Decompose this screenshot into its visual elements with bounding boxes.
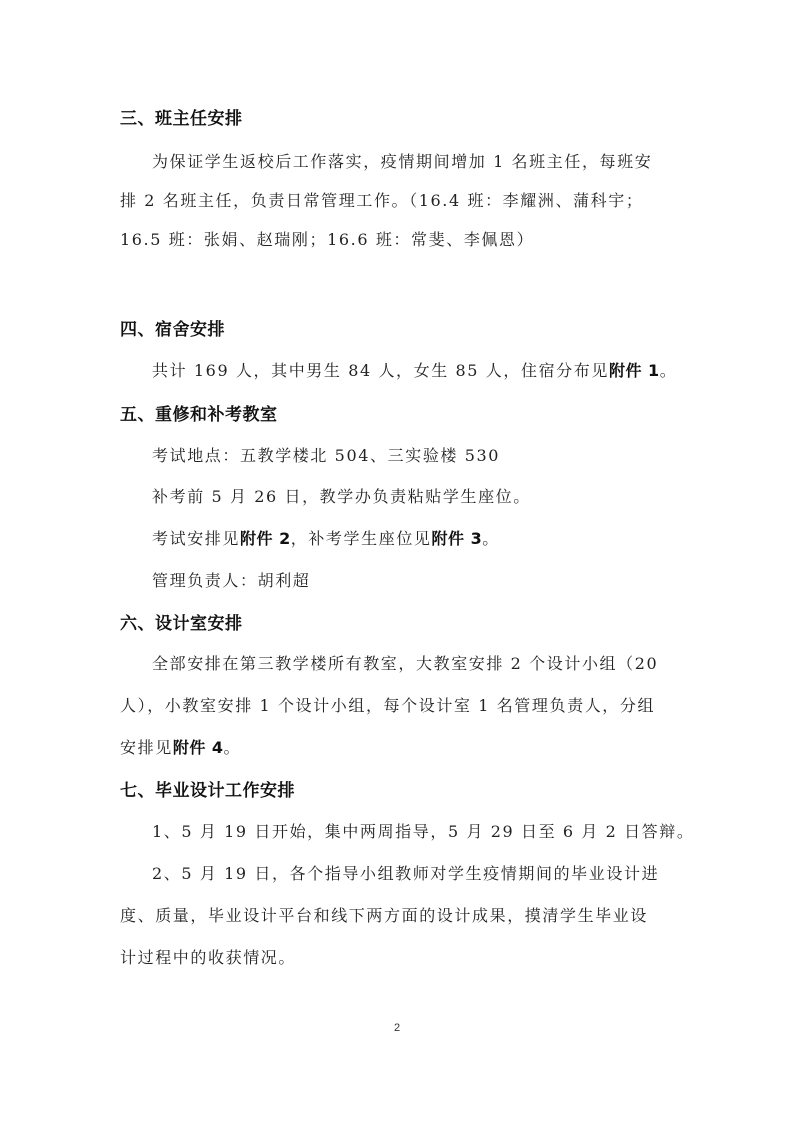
section-heading-design-rooms: 六、设计室安排 — [120, 609, 243, 634]
paragraph-line: 为保证学生返校后工作落实，疫情期间增加 1 名班主任，每班安 — [152, 149, 652, 172]
list-item: 2、5 月 19 日，各个指导小组教师对学生疫情期间的毕业设计进 — [152, 861, 659, 884]
text: 。 — [660, 361, 678, 380]
exam-arrangement: 考试安排见附件 2，补考学生座位见附件 3。 — [152, 526, 500, 549]
attachment-ref: 附件 4 — [173, 738, 224, 757]
paragraph-line: 全部安排在第三教学楼所有教室，大教室安排 2 个设计小组（20 — [152, 651, 658, 674]
paragraph-line: 排 2 名班主任，负责日常管理工作。（16.4 班：李耀洲、蒲科宇； — [120, 188, 643, 211]
section-heading-dormitory: 四、宿舍安排 — [120, 315, 225, 340]
attachment-ref: 附件 2 — [240, 529, 291, 548]
attachment-ref: 附件 3 — [432, 529, 483, 548]
text: 。 — [482, 529, 500, 548]
document-page: 三、班主任安排 为保证学生返校后工作落实，疫情期间增加 1 名班主任，每班安 排… — [0, 0, 793, 1122]
page-number: 2 — [394, 1022, 400, 1034]
list-item: 1、5 月 19 日开始，集中两周指导，5 月 29 日至 6 月 2 日答辩。 — [152, 819, 694, 842]
section-heading-head-teachers: 三、班主任安排 — [120, 104, 243, 129]
manager-line: 管理负责人：胡利超 — [152, 568, 310, 591]
paragraph-line: 安排见附件 4。 — [120, 735, 241, 758]
text: 安排见 — [120, 738, 173, 757]
dormitory-summary: 共计 169 人，其中男生 84 人，女生 85 人，住宿分布见附件 1。 — [152, 358, 677, 381]
seating-note: 补考前 5 月 26 日，教学办负责粘贴学生座位。 — [152, 484, 531, 507]
text: 。 — [224, 738, 242, 757]
exam-location: 考试地点：五教学楼北 504、三实验楼 530 — [152, 443, 500, 466]
paragraph-line: 计过程中的收获情况。 — [120, 945, 296, 968]
text: ，补考学生座位见 — [291, 529, 432, 548]
text: 共计 169 人，其中男生 84 人，女生 85 人，住宿分布见 — [152, 361, 609, 380]
paragraph-line: 度、质量，毕业设计平台和线下两方面的设计成果，摸清学生毕业设 — [120, 903, 648, 926]
text: 考试安排见 — [152, 529, 240, 548]
section-heading-exam-rooms: 五、重修和补考教室 — [120, 400, 278, 425]
paragraph-line: 人），小教室安排 1 个设计小组，每个设计室 1 名管理负责人，分组 — [120, 693, 655, 716]
attachment-ref: 附件 1 — [609, 361, 660, 380]
paragraph-line: 16.5 班：张娟、赵瑞刚；16.6 班：常斐、李佩恩） — [120, 227, 534, 250]
section-heading-graduation-design: 七、毕业设计工作安排 — [120, 776, 295, 801]
